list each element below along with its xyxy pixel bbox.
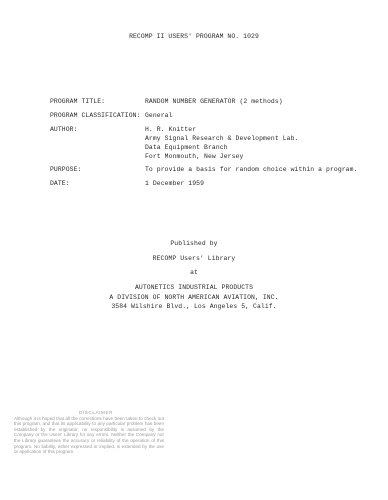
- author-name: H. R. Knitter: [145, 126, 196, 133]
- date-value: 1 December 1959: [145, 180, 204, 187]
- author-label: AUTHOR:: [50, 126, 78, 133]
- author-branch: Data Equipment Branch: [145, 144, 228, 151]
- author-location: Fort Monmouth, New Jersey: [145, 153, 243, 160]
- disclaimer-block: DISCLAIMER Although it is hoped that all…: [14, 410, 164, 455]
- publisher-division: A DIVISION OF NORTH AMERICAN AVIATION, I…: [0, 294, 388, 301]
- program-title-value: RANDOM NUMBER GENERATOR (2 methods): [145, 98, 283, 105]
- publisher-library: RECOMP Users' Library: [0, 255, 388, 262]
- program-classification-label: PROGRAM CLASSIFICATION:: [50, 112, 141, 119]
- published-by: Published by: [0, 240, 388, 247]
- date-label: DATE:: [50, 180, 70, 187]
- author-organization: Army Signal Research & Development Lab.: [145, 135, 298, 142]
- program-number-header: RECOMP II USERS' PROGRAM NO. 1029: [0, 33, 388, 40]
- purpose-label: PURPOSE:: [50, 166, 81, 173]
- program-classification-value: General: [145, 112, 173, 119]
- publisher-address: 3584 Wilshire Blvd., Los Angeles 5, Cali…: [0, 303, 388, 310]
- disclaimer-text: Although it is hoped that all the correc…: [14, 416, 164, 455]
- program-title-label: PROGRAM TITLE:: [50, 98, 105, 105]
- publisher-at: at: [0, 269, 388, 276]
- publisher-company: AUTONETICS INDUSTRIAL PRODUCTS: [0, 284, 388, 291]
- purpose-value: To provide a basis for random choice wit…: [145, 166, 358, 173]
